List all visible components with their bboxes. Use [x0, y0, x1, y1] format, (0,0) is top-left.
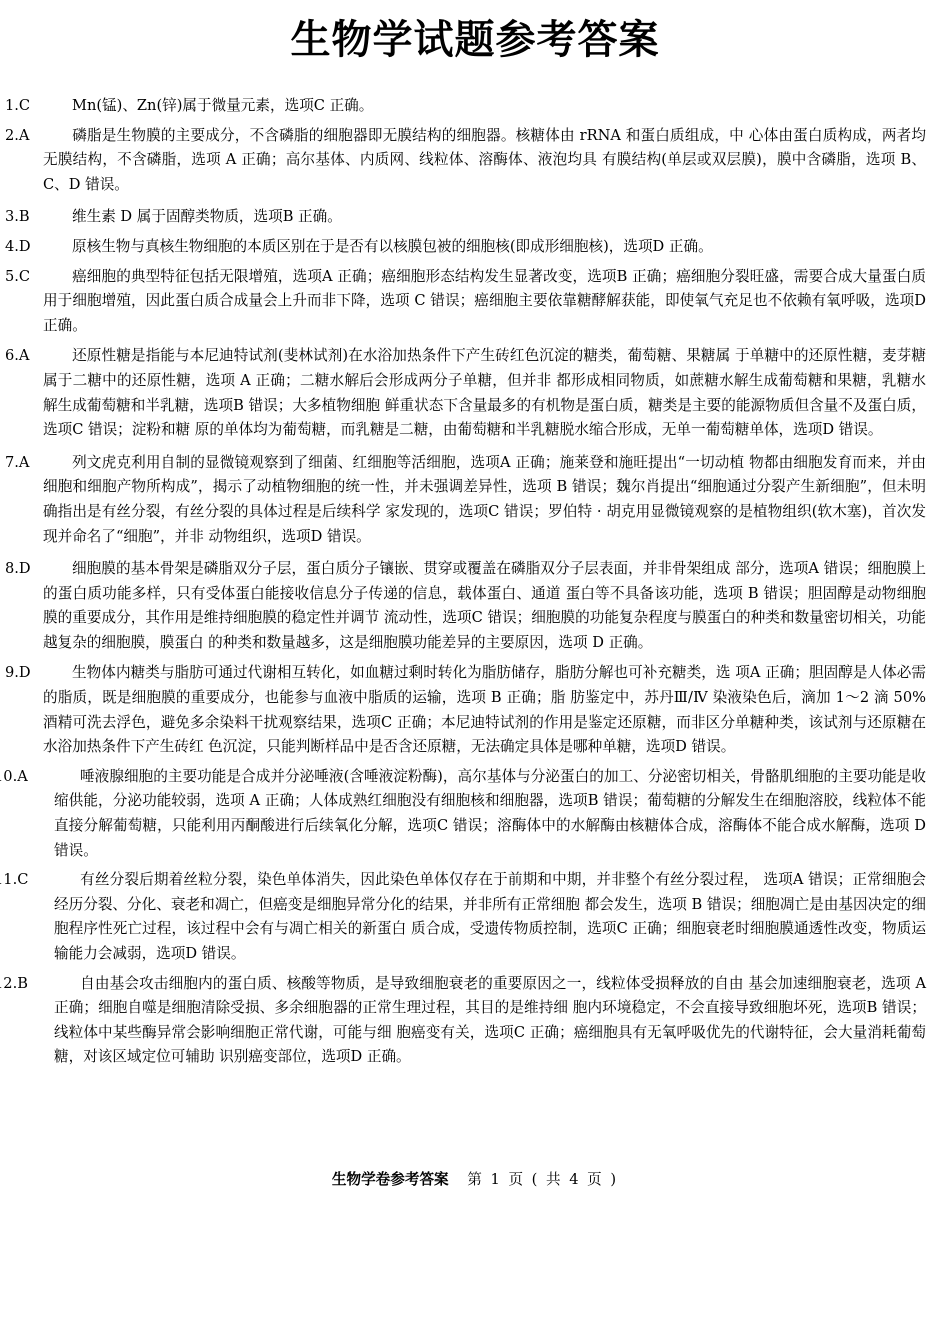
page-number: 第 1 页 ( 共 4 页 ) — [467, 1171, 618, 1188]
answer-explanation: 细胞膜的基本骨架是磷脂双分子层，蛋白质分子镶嵌、贯穿或覆盖在磷脂双分子层表面，并… — [43, 560, 926, 651]
answer-item-1: 1.CMn(锰)、Zn(锌)属于微量元素，选项C 正确。 — [24, 94, 926, 119]
answer-item-9: 9.D生物体内糖类与脂肪可通过代谢相互转化，如血糖过剩时转化为脂肪储存，脂肪分解… — [24, 661, 926, 759]
answer-item-3: 3.B维生素 D 属于固醇类物质，选项B 正确。 — [24, 205, 926, 230]
answer-number: 7.A — [24, 451, 72, 476]
answer-explanation: Mn(锰)、Zn(锌)属于微量元素，选项C 正确。 — [72, 97, 373, 114]
answer-item-10: 10.A唾液腺细胞的主要功能是合成并分泌唾液(含唾液淀粉酶)，高尔基体与分泌蛋白… — [24, 765, 926, 863]
answer-item-11: 11.C有丝分裂后期着丝粒分裂，染色单体消失，因此染色单体仅存在于前期和中期，并… — [24, 868, 926, 966]
answer-explanation: 维生素 D 属于固醇类物质，选项B 正确。 — [72, 208, 342, 225]
answer-number: 6.A — [24, 344, 72, 369]
answer-explanation: 原核生物与真核生物细胞的本质区别在于是否有以核膜包被的细胞核(即成形细胞核)，选… — [72, 238, 713, 255]
answer-number: 2.A — [24, 124, 72, 149]
answer-explanation: 列文虎克利用自制的显微镜观察到了细菌、红细胞等活细胞，选项A 正确；施莱登和施旺… — [43, 454, 926, 545]
answer-number: 9.D — [24, 661, 72, 686]
answer-explanation: 癌细胞的典型特征包括无限增殖，选项A 正确；癌细胞形态结构发生显著改变，选项B … — [43, 268, 926, 334]
answer-explanation: 有丝分裂后期着丝粒分裂，染色单体消失，因此染色单体仅存在于前期和中期，并非整个有… — [54, 871, 926, 962]
answer-item-12: 12.B自由基会攻击细胞内的蛋白质、核酸等物质，是导致细胞衰老的重要原因之一，线… — [24, 972, 926, 1070]
answer-explanation: 自由基会攻击细胞内的蛋白质、核酸等物质，是导致细胞衰老的重要原因之一，线粒体受损… — [54, 975, 926, 1066]
document-title: 生物学试题参考答案 — [0, 12, 950, 68]
answer-explanation: 磷脂是生物膜的主要成分，不含磷脂的细胞器即无膜结构的细胞器。核糖体由 rRNA … — [43, 127, 926, 193]
answer-number: 4.D — [24, 235, 72, 260]
answer-number: 3.B — [24, 205, 72, 230]
answer-item-8: 8.D细胞膜的基本骨架是磷脂双分子层，蛋白质分子镶嵌、贯穿或覆盖在磷脂双分子层表… — [24, 557, 926, 655]
document-page: 生物学试题参考答案 1.CMn(锰)、Zn(锌)属于微量元素，选项C 正确。 2… — [0, 0, 950, 1344]
answer-explanation: 还原性糖是指能与本尼迪特试剂(斐林试剂)在水浴加热条件下产生砖红色沉淀的糖类，葡… — [43, 347, 926, 438]
footer-title: 生物学卷参考答案 — [332, 1171, 449, 1188]
answer-item-4: 4.D原核生物与真核生物细胞的本质区别在于是否有以核膜包被的细胞核(即成形细胞核… — [24, 235, 926, 260]
answer-number: 5.C — [24, 265, 72, 290]
answer-item-6: 6.A还原性糖是指能与本尼迪特试剂(斐林试剂)在水浴加热条件下产生砖红色沉淀的糖… — [24, 344, 926, 442]
answer-item-5: 5.C癌细胞的典型特征包括无限增殖，选项A 正确；癌细胞形态结构发生显著改变，选… — [24, 265, 926, 339]
answer-number: 11.C — [24, 868, 80, 893]
answer-number: 10.A — [24, 765, 80, 790]
answer-number: 12.B — [24, 972, 80, 997]
answer-number: 8.D — [24, 557, 72, 582]
answer-list: 1.CMn(锰)、Zn(锌)属于微量元素，选项C 正确。 2.A磷脂是生物膜的主… — [24, 94, 926, 1075]
answer-explanation: 唾液腺细胞的主要功能是合成并分泌唾液(含唾液淀粉酶)，高尔基体与分泌蛋白的加工、… — [54, 768, 926, 859]
answer-item-7: 7.A列文虎克利用自制的显微镜观察到了细菌、红细胞等活细胞，选项A 正确；施莱登… — [24, 451, 926, 549]
answer-number: 1.C — [24, 94, 72, 119]
page-footer: 生物学卷参考答案 第 1 页 ( 共 4 页 ) — [0, 1168, 950, 1192]
answer-explanation: 生物体内糖类与脂肪可通过代谢相互转化，如血糖过剩时转化为脂肪储存，脂肪分解也可补… — [43, 664, 926, 755]
answer-item-2: 2.A磷脂是生物膜的主要成分，不含磷脂的细胞器即无膜结构的细胞器。核糖体由 rR… — [24, 124, 926, 198]
